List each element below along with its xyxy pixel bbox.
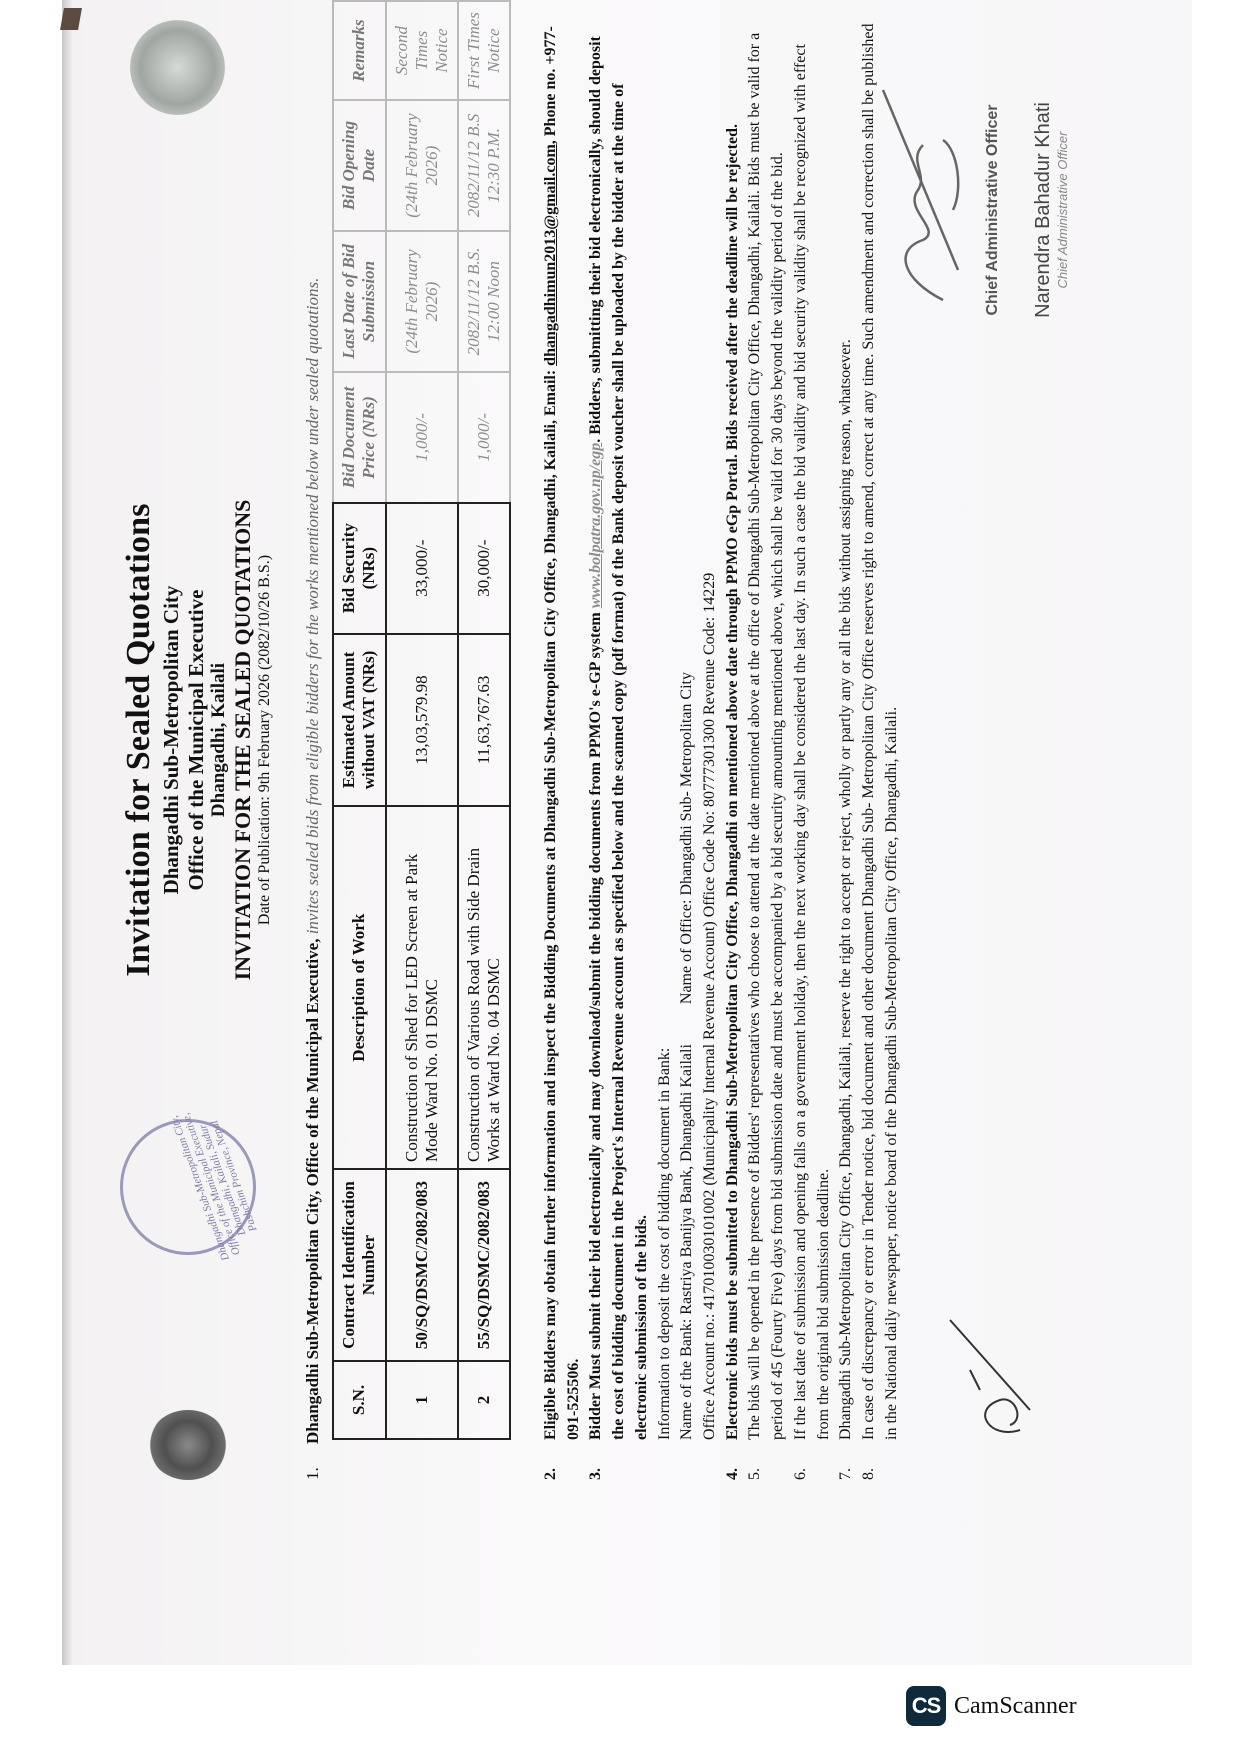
item-1-bold: Dhangadhi Sub-Metropolitan City, Office … [303,939,322,1444]
paragraph-6-text: If the last date of submission and openi… [790,20,835,1440]
paragraph-5: 5. The bids will be opened in the presen… [744,20,789,1480]
account-details: Office Account no.: 417010030101002 (Mun… [699,20,722,1480]
rotated-document: Dhangadhi Sub-Metropolitan City, Office … [100,0,1100,1520]
col-doc-price: Bid Document Price (NRs) [333,372,386,503]
paragraph-number: 2. [540,1440,585,1480]
col-opening-date: Bid Opening Date [333,100,386,231]
cell-bid-security: 33,000/- [386,503,458,634]
cell-doc-price: 1,000/- [458,372,510,503]
paragraph-2: 2. Eligible Bidders may obtain further i… [540,20,585,1480]
egp-link[interactable]: www.bolpatra.gov.np/egp [587,443,604,609]
col-description: Description of Work [333,806,386,1169]
signature-cao-icon [863,30,973,390]
notice-title: Invitation for Sealed Quotations [120,0,158,1520]
bank-info-label: Information to deposit the cost of biddi… [654,20,677,1480]
notice-header: Invitation for Sealed Quotations Dhangad… [120,0,274,1520]
paragraph-3-text: Bidder Must submit their bid electronica… [587,612,604,1440]
bank-details: Name of the Bank: Rastriya Banijya Bank,… [676,20,699,1480]
paragraph-number: 7. [835,1440,858,1480]
office-name: Name of Office: Dhangadhi Sub- Metropoli… [676,672,699,1004]
bids-table: S.N. Contract Identification Number Desc… [332,0,511,1440]
paragraph-2-text: Eligible Bidders may obtain further info… [542,370,559,1440]
item-1-text: invites sealed bids from eligible bidder… [303,278,322,939]
camscanner-logo-icon: CS [906,1686,946,1726]
paragraph-4-text: Electronic bids must be submitted to Dha… [722,20,745,1440]
col-estimated-amount: Estimated Amount without VAT (NRs) [333,634,386,807]
header-invitation: INVITATION FOR THE SEALED QUOTATIONS [230,0,256,1520]
header-location: Dhangadhi, Kailali [208,0,230,1520]
paragraph-6: 6. If the last date of submission and op… [790,20,835,1480]
paragraph-3: 3. Bidder Must submit their bid electron… [585,20,653,1480]
notice-paragraphs: 2. Eligible Bidders may obtain further i… [540,20,904,1480]
col-remarks: Remarks [333,1,386,100]
header-office: Office of the Municipal Executive [185,0,208,1520]
cell-remarks: First Times Notice [458,1,510,100]
camscanner-text: CamScanner [954,1693,1077,1720]
paragraph-number: 5. [744,1440,789,1480]
cell-sn: 1 [386,1361,458,1439]
signatory-title: Chief Administrative Officer [984,30,1002,390]
paragraph-7-text: Dhangadhi Sub-Metropolitan City Office, … [835,20,858,1440]
cell-opening-date: 2082/11/12 B.S 12:30 P.M. [458,100,510,231]
paragraph-number: 6. [790,1440,835,1480]
item-1: 1.Dhangadhi Sub-Metropolitan City, Offic… [303,278,323,1480]
signature-block: Chief Administrative Officer Narendra Ba… [863,30,1070,390]
paragraph-number: 8. [858,1440,903,1480]
paragraph-4: 4. Electronic bids must be submitted to … [722,20,745,1480]
cell-description: Construction of Various Road with Side D… [458,806,510,1169]
col-bid-security: Bid Security (NRs) [333,503,386,634]
paper-edge [62,0,72,1665]
cell-contract-id: 55/SQ/DSMC/2082/083 [458,1169,510,1361]
signatory-subtitle: Chief Administrative Officer [1055,30,1070,390]
table-row: 2 55/SQ/DSMC/2082/083 Construction of Va… [458,1,510,1439]
col-last-date: Last Date of Bid Submission [333,231,386,372]
paragraph-7: 7. Dhangadhi Sub-Metropolitan City Offic… [835,20,858,1480]
table-row: 1 50/SQ/DSMC/2082/083 Construction of Sh… [386,1,458,1439]
email-link[interactable]: dhangadhimun2013@gmail.com [542,144,559,366]
cell-doc-price: 1,000/- [386,372,458,503]
table-header-row: S.N. Contract Identification Number Desc… [333,1,386,1439]
col-contract-id: Contract Identification Number [333,1169,386,1361]
col-sn: S.N. [333,1361,386,1439]
bank-name: Name of the Bank: Rastriya Banijya Bank,… [676,1044,699,1440]
cell-last-date: (24th February 2026) [386,231,458,372]
signature-left-icon [930,1300,1040,1450]
header-city: Dhangadhi Sub-Metropolitan City [160,0,183,1520]
cell-remarks: Second Times Notice [386,1,458,100]
paragraph-number: 3. [585,1440,653,1480]
signatory-name: Narendra Bahadur Khati [1032,30,1055,390]
paragraph-5-text: The bids will be opened in the presence … [744,20,789,1440]
cell-estimated-amount: 11,63,767.63 [458,634,510,807]
cell-sn: 2 [458,1361,510,1439]
cell-contract-id: 50/SQ/DSMC/2082/083 [386,1169,458,1361]
cell-opening-date: (24th February 2026) [386,100,458,231]
publication-date: Date of Publication: 9th February 2026 (… [256,0,274,1520]
cell-bid-security: 30,000/- [458,503,510,634]
camscanner-watermark: CS CamScanner [906,1686,1077,1726]
cell-description: Construction of Shed for LED Screen at P… [386,806,458,1169]
item-number: 1. [303,1444,323,1480]
cell-estimated-amount: 13,03,579.98 [386,634,458,807]
paragraph-number: 4. [722,1440,745,1480]
cell-last-date: 2082/11/12 B.S. 12:00 Noon [458,231,510,372]
